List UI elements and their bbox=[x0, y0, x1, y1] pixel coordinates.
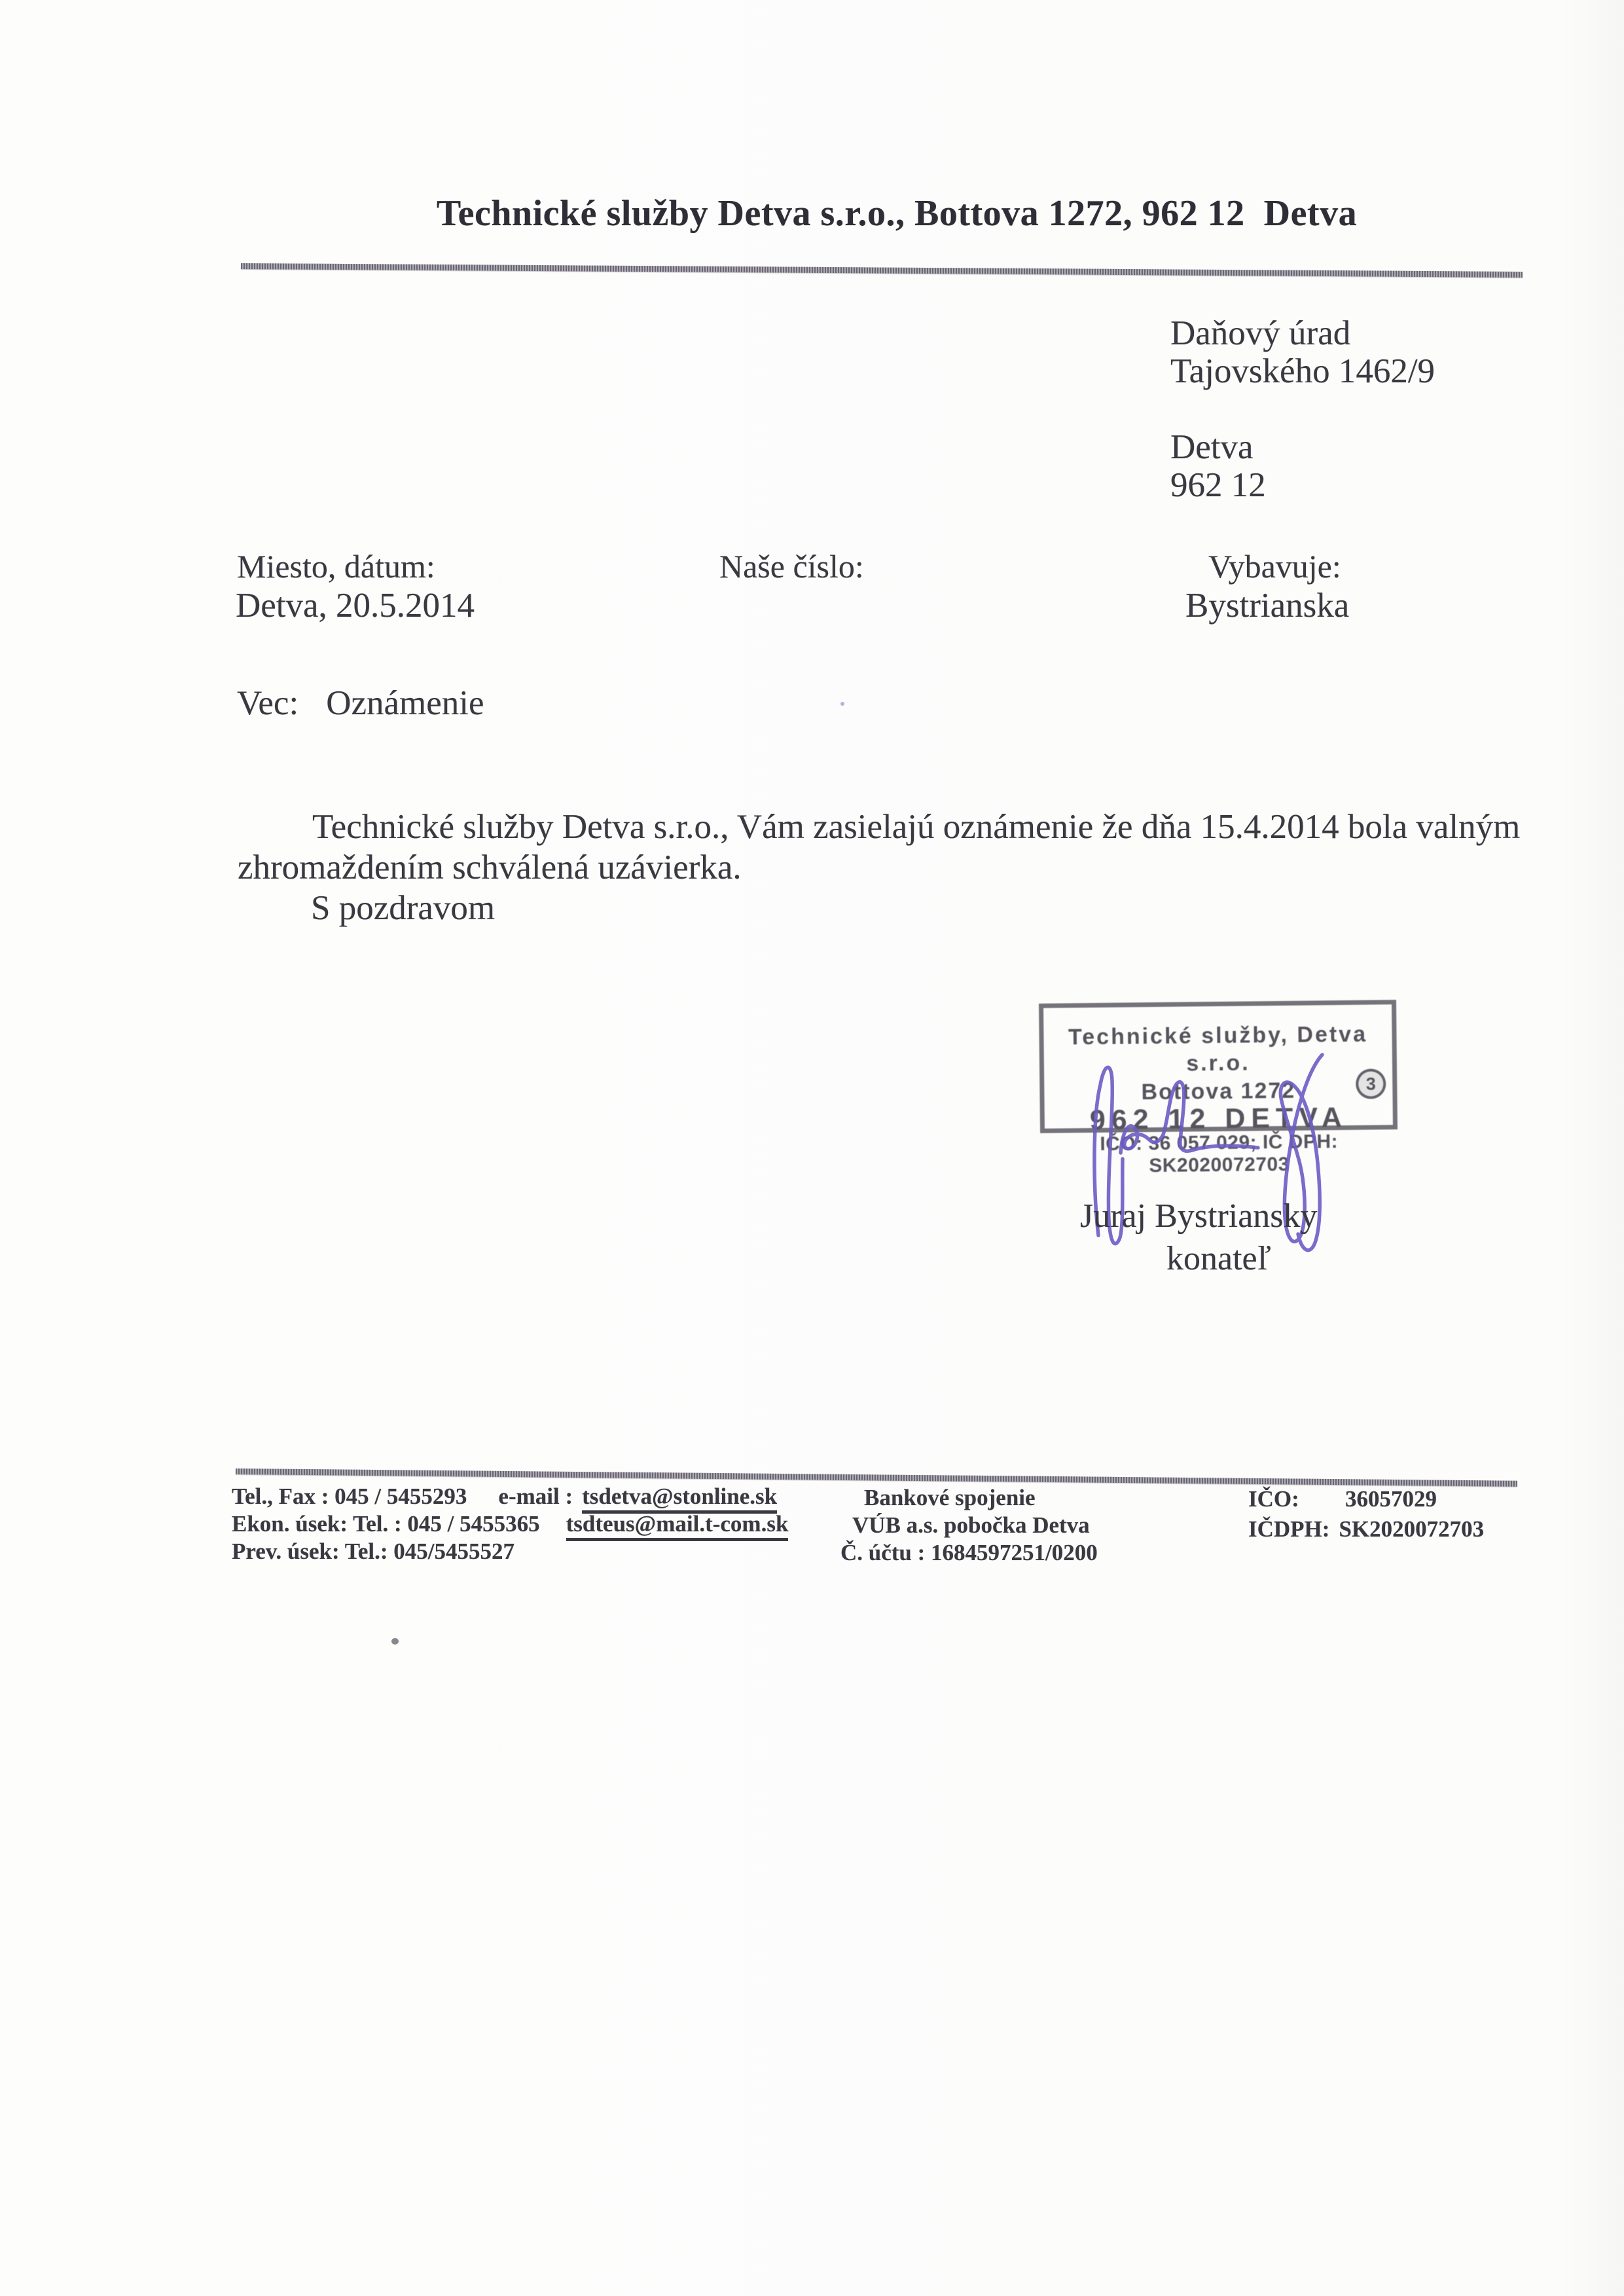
footer-icdph-value: SK2020072703 bbox=[1339, 1516, 1484, 1542]
footer-ico-label: IČO: bbox=[1248, 1486, 1345, 1512]
signatory-title: konateľ bbox=[1166, 1239, 1271, 1278]
recipient-zip: 962 12 bbox=[1170, 466, 1435, 504]
header-divider-line bbox=[241, 263, 1523, 278]
recipient-street: Tajovského 1462/9 bbox=[1170, 352, 1435, 390]
footer-bank-title: Bankové spojenie bbox=[864, 1485, 1036, 1511]
footer-phone-line-1: Tel., Fax : 045 / 5455293 e-mail : tsdet… bbox=[232, 1484, 777, 1514]
footer-email-1: tsdetva@stonline.sk bbox=[582, 1484, 777, 1514]
footer-email-label: e-mail : bbox=[498, 1484, 573, 1510]
subject-value: Oznámenie bbox=[326, 684, 484, 722]
recipient-address-block: Daňový úrad Tajovského 1462/9 Detva 962 … bbox=[1170, 314, 1435, 504]
footer-icdph-line: IČDPH: SK2020072703 bbox=[1248, 1516, 1484, 1542]
footer-ico-line: IČO: 36057029 bbox=[1248, 1486, 1437, 1512]
footer-bank-title-text: Bankové spojenie bbox=[864, 1485, 1036, 1511]
footer-bank-account-text: Č. účtu : 1684597251/0200 bbox=[840, 1540, 1098, 1566]
recipient-name: Daňový úrad bbox=[1170, 314, 1435, 352]
place-date-label: Miesto, dátum: bbox=[237, 547, 435, 585]
letterhead-title: Technické služby Detva s.r.o., Bottova 1… bbox=[327, 192, 1466, 234]
recipient-city: Detva bbox=[1170, 428, 1435, 466]
footer-ekon-usek: Ekon. úsek: Tel. : 045 / 5455365 bbox=[232, 1511, 540, 1537]
footer-tel-fax: Tel., Fax : 045 / 5455293 bbox=[232, 1484, 467, 1510]
body-text-line-2: zhromaždením schválená uzávierka. bbox=[238, 848, 742, 887]
footer-prev-usek: Prev. úsek: Tel.: 045/5455527 bbox=[232, 1539, 514, 1565]
handler-label: Vybavuje: bbox=[1208, 547, 1341, 585]
scanned-letter-page: Technické služby Detva s.r.o., Bottova 1… bbox=[0, 0, 1624, 2296]
subject-line: Vec:Oznámenie bbox=[237, 683, 484, 723]
footer-icdph-label: IČDPH: bbox=[1248, 1516, 1329, 1542]
scan-speck-blue bbox=[840, 702, 844, 706]
scan-speck bbox=[391, 1638, 399, 1645]
stamp-badge-number: 3 bbox=[1366, 1074, 1376, 1093]
footer-phone-line-3: Prev. úsek: Tel.: 045/5455527 bbox=[232, 1539, 514, 1565]
footer-bank-account: Č. účtu : 1684597251/0200 bbox=[840, 1540, 1098, 1566]
subject-label: Vec: bbox=[237, 684, 298, 722]
body-text-line-1: Technické služby Detva s.r.o., Vám zasie… bbox=[312, 807, 1520, 847]
footer-ico-value: 36057029 bbox=[1345, 1486, 1437, 1512]
signatory-name: Juraj Bystriansky bbox=[1080, 1197, 1318, 1235]
footer-email-2: tsdteus@mail.t-com.sk bbox=[566, 1511, 789, 1541]
footer-bank-name-text: VÚB a.s. pobočka Detva bbox=[852, 1512, 1090, 1539]
handler-value: Bystrianska bbox=[1185, 586, 1349, 625]
place-date-value: Detva, 20.5.2014 bbox=[236, 586, 475, 625]
footer-bank-name: VÚB a.s. pobočka Detva bbox=[852, 1512, 1090, 1539]
closing-salutation: S pozdravom bbox=[311, 888, 495, 928]
footer-phone-line-2: Ekon. úsek: Tel. : 045 / 5455365 tsdteus… bbox=[232, 1511, 788, 1541]
our-number-label: Naše číslo: bbox=[719, 547, 864, 585]
recipient-spacer bbox=[1170, 390, 1435, 428]
